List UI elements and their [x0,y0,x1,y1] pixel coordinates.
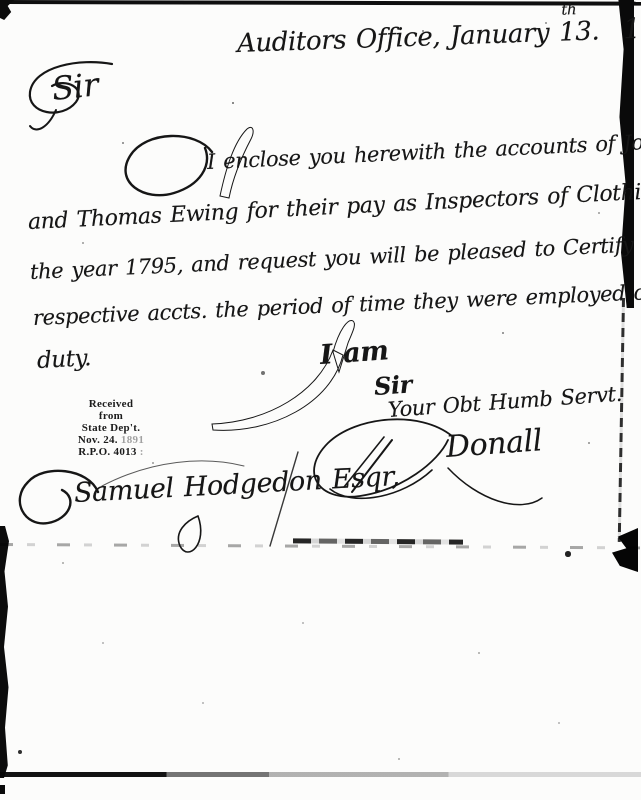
salutation: Sir [50,65,100,108]
signature: Donall [445,423,543,465]
scan-edge-top [6,0,641,6]
closing-service-line: Your Obt Humb Servt. [387,382,623,422]
scan-edge-left-strip [0,526,10,778]
body-line: I enclose you herewith the accounts of J… [206,126,641,174]
stamp-line-state-dept: State Dep't. [55,422,167,434]
scratch-line [0,543,641,549]
stamp-rpo-faded: : [140,446,144,458]
body-line: respective accts. the period of time the… [32,278,641,330]
scan-edge-bottom-line [0,772,641,777]
heading-dateline: Auditors Office, January 13. th 1796 [236,10,641,59]
scratch-line-dark-segment [293,538,463,544]
scan-edge-right-blob [612,528,638,572]
closing-i-am: I am [319,335,389,371]
body-line: and Thomas Ewing for their pay as Inspec… [27,177,641,235]
stamp-line-rpo: R.P.O. 4013 : [55,446,167,458]
heading-day: 13. th [559,16,610,48]
stamp-line-from: from [55,410,167,422]
stamp-line-date: Nov. 24. 1891 [55,434,167,446]
flourish-i-loop [126,136,212,195]
addressee: Samuel Hodgedon Esqr, [73,461,400,509]
heading-office-month: Auditors Office, January [237,18,550,59]
scanned-letter-page: Auditors Office, January 13. th 1796 Sir… [0,0,641,800]
body-line: duty. [36,345,91,374]
heading-day-superscript: th [561,0,577,19]
scan-edge-right-line [618,298,625,542]
flourish-signature-tail [448,468,542,505]
stamp-line-received: Received [55,398,167,410]
flourish-salutation-tail [30,110,56,129]
body-line: the year 1795, and request you will be p… [29,228,641,284]
scan-noise-speckles [0,0,2,2]
heading-year: 1796 [623,10,641,45]
stamp-date-faded: 1891 [121,434,144,446]
scan-edge-bottom-tick [0,785,5,794]
received-stamp: Received from State Dep't. Nov. 24. 1891… [55,398,167,458]
